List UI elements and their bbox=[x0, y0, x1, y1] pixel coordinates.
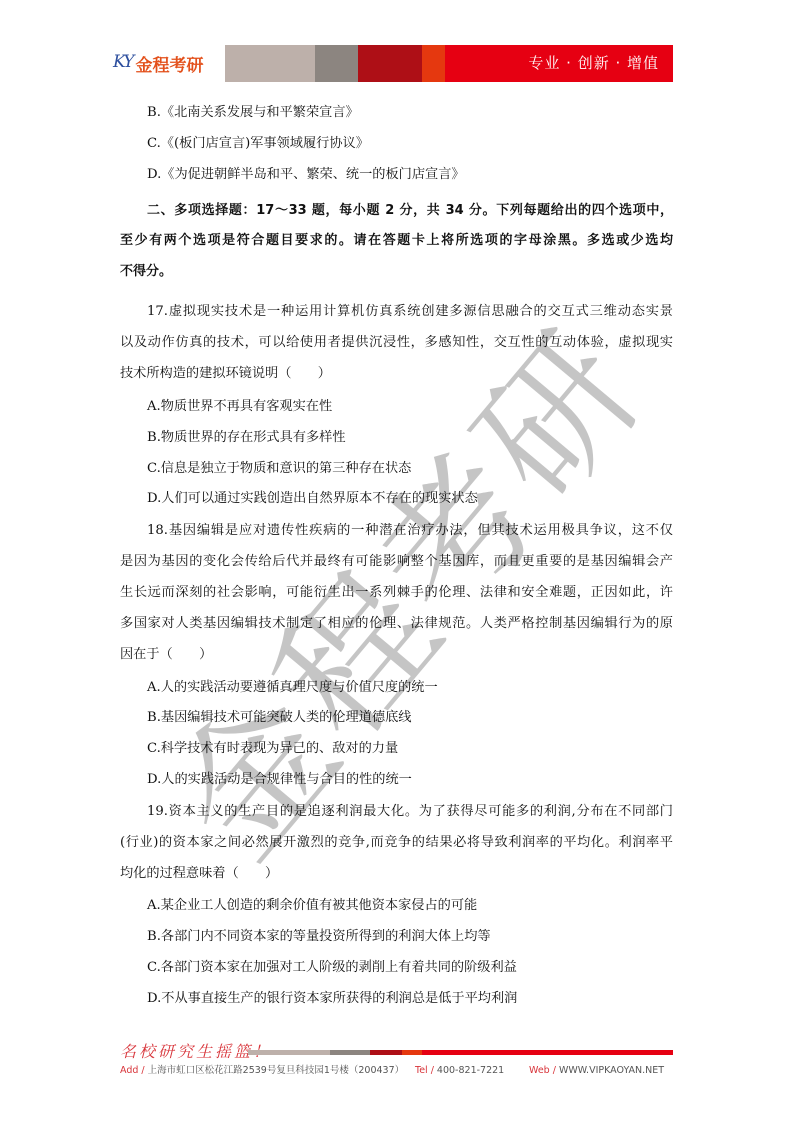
header-band-light-gray bbox=[225, 45, 315, 82]
footer-band-orange bbox=[402, 1050, 422, 1055]
website-label: Web / bbox=[529, 1065, 556, 1076]
q18-option-a: A.人的实践活动要遵循真理尺度与价值尺度的统一 bbox=[147, 678, 438, 698]
q17-option-d: D.人们可以通过实践创造出自然界原本不存在的现实状态 bbox=[147, 489, 478, 509]
prev-option-b: B.《北南关系发展与和平繁荣宣言》 bbox=[147, 103, 359, 123]
header-band-gray bbox=[315, 45, 358, 82]
q18-stem-line-2: 是因为基因的变化会传给后代并最终有可能影响整个基因库，而且更重要的是基因编辑会产 bbox=[120, 552, 673, 572]
section-instructions-line-3: 不得分。 bbox=[120, 262, 172, 282]
footer-website: Web / WWW.VIPKAOYAN.NET bbox=[529, 1064, 664, 1078]
address-value: 上海市虹口区松花江路2539号复旦科技园1号楼（200437） bbox=[145, 1065, 405, 1076]
q18-stem-line-1: 18.基因编辑是应对遗传性疾病的一种潜在治疗办法，但其技术运用极具争议，这不仅 bbox=[147, 521, 673, 541]
q17-option-a: A.物质世界不再具有客观实在性 bbox=[147, 397, 332, 417]
q19-option-c: C.各部门资本家在加强对工人阶级的剥削上有着共同的阶级利益 bbox=[147, 958, 517, 978]
brand-logo: KY 金程考研 bbox=[113, 45, 203, 82]
q19-option-a: A.某企业工人创造的剩余价值有被其他资本家侵占的可能 bbox=[147, 896, 477, 916]
section-instructions-line-2: 至少有两个选项是符合题目要求的。请在答题卡上将所选项的字母涂黑。多选或少选均 bbox=[120, 231, 673, 251]
q17-option-b: B.物质世界的存在形式具有多样性 bbox=[147, 428, 346, 448]
q19-option-b: B.各部门内不同资本家的等量投资所得到的利润大体上均等 bbox=[147, 927, 491, 947]
footer-band-dark-red bbox=[370, 1050, 402, 1055]
q18-stem-line-5: 因在于（ ） bbox=[120, 645, 212, 665]
q19-option-d: D.不从事直接生产的银行资本家所获得的利润总是低于平均利润 bbox=[147, 989, 517, 1009]
phone-value: 400-821-7221 bbox=[434, 1065, 504, 1076]
prev-option-c: C.《(板门店宣言)军事领域履行协议》 bbox=[147, 134, 369, 154]
prev-option-d: D.《为促进朝鲜半岛和平、繁荣、统一的板门店宣言》 bbox=[147, 165, 465, 185]
q19-stem-line-1: 19.资本主义的生产目的是追逐利润最大化。为了获得尽可能多的利润,分布在不同部门 bbox=[147, 802, 673, 822]
footer-address: Add / 上海市虹口区松花江路2539号复旦科技园1号楼（200437） bbox=[120, 1064, 404, 1078]
header-band-dark-red bbox=[358, 45, 422, 82]
q17-stem-line-1: 17.虚拟现实技术是一种运用计算机仿真系统创建多源信思融合的交互式三维动态实景 bbox=[147, 302, 673, 322]
q18-stem-line-3: 生长远而深刻的社会影响，可能衍生出一系列棘手的伦理、法律和安全难题，正因如此，许 bbox=[120, 583, 673, 603]
header-band-red: 专业 · 创新 · 增值 bbox=[445, 45, 673, 82]
footer-band-gray bbox=[330, 1050, 370, 1055]
header-band-orange bbox=[422, 45, 445, 82]
q17-stem-line-2: 以及动作仿真的技术，可以给使用者提供沉浸性，多感知性，交互性的互动体验，虚拟现实 bbox=[120, 333, 673, 353]
page-footer: 名校研究生摇篮！ Add / 上海市虹口区松花江路2539号复旦科技园1号楼（2… bbox=[120, 1041, 673, 1081]
footer-band-red bbox=[422, 1050, 673, 1055]
address-label: Add / bbox=[120, 1065, 145, 1076]
q18-stem-line-4: 多国家对人类基因编辑技术制定了相应的伦理、法律规范。人类严格控制基因编辑行为的原 bbox=[120, 614, 673, 634]
logo-mark-icon: KY bbox=[113, 52, 132, 72]
footer-phone: Tel / 400-821-7221 bbox=[415, 1064, 504, 1078]
q19-stem-line-3: 均化的过程意味着（ ） bbox=[120, 864, 278, 884]
website-value: WWW.VIPKAOYAN.NET bbox=[556, 1065, 664, 1076]
q18-option-d: D.人的实践活动是合规律性与合目的性的统一 bbox=[147, 770, 412, 790]
q18-option-c: C.科学技术有时表现为异己的、敌对的力量 bbox=[147, 739, 398, 759]
q19-stem-line-2: (行业)的资本家之间必然展开激烈的竞争,而竞争的结果必将导致利润率的平均化。利润… bbox=[120, 833, 673, 853]
section-instructions-line-1: 二、多项选择题：17～33 题，每小题 2 分，共 34 分。下列每题给出的四个… bbox=[147, 201, 673, 221]
q17-option-c: C.信息是独立于物质和意识的第三种存在状态 bbox=[147, 459, 411, 479]
q17-stem-line-3: 技术所构造的建拟环镜说明（ ） bbox=[120, 364, 331, 384]
footer-band-light-gray bbox=[248, 1050, 330, 1055]
header-slogan: 专业 · 创新 · 增值 bbox=[528, 45, 659, 82]
q18-option-b: B.基因编辑技术可能突破人类的伦理道德底线 bbox=[147, 708, 411, 728]
phone-label: Tel / bbox=[415, 1065, 434, 1076]
brand-name: 金程考研 bbox=[135, 51, 203, 76]
page-header: KY 金程考研 专业 · 创新 · 增值 bbox=[113, 45, 673, 82]
